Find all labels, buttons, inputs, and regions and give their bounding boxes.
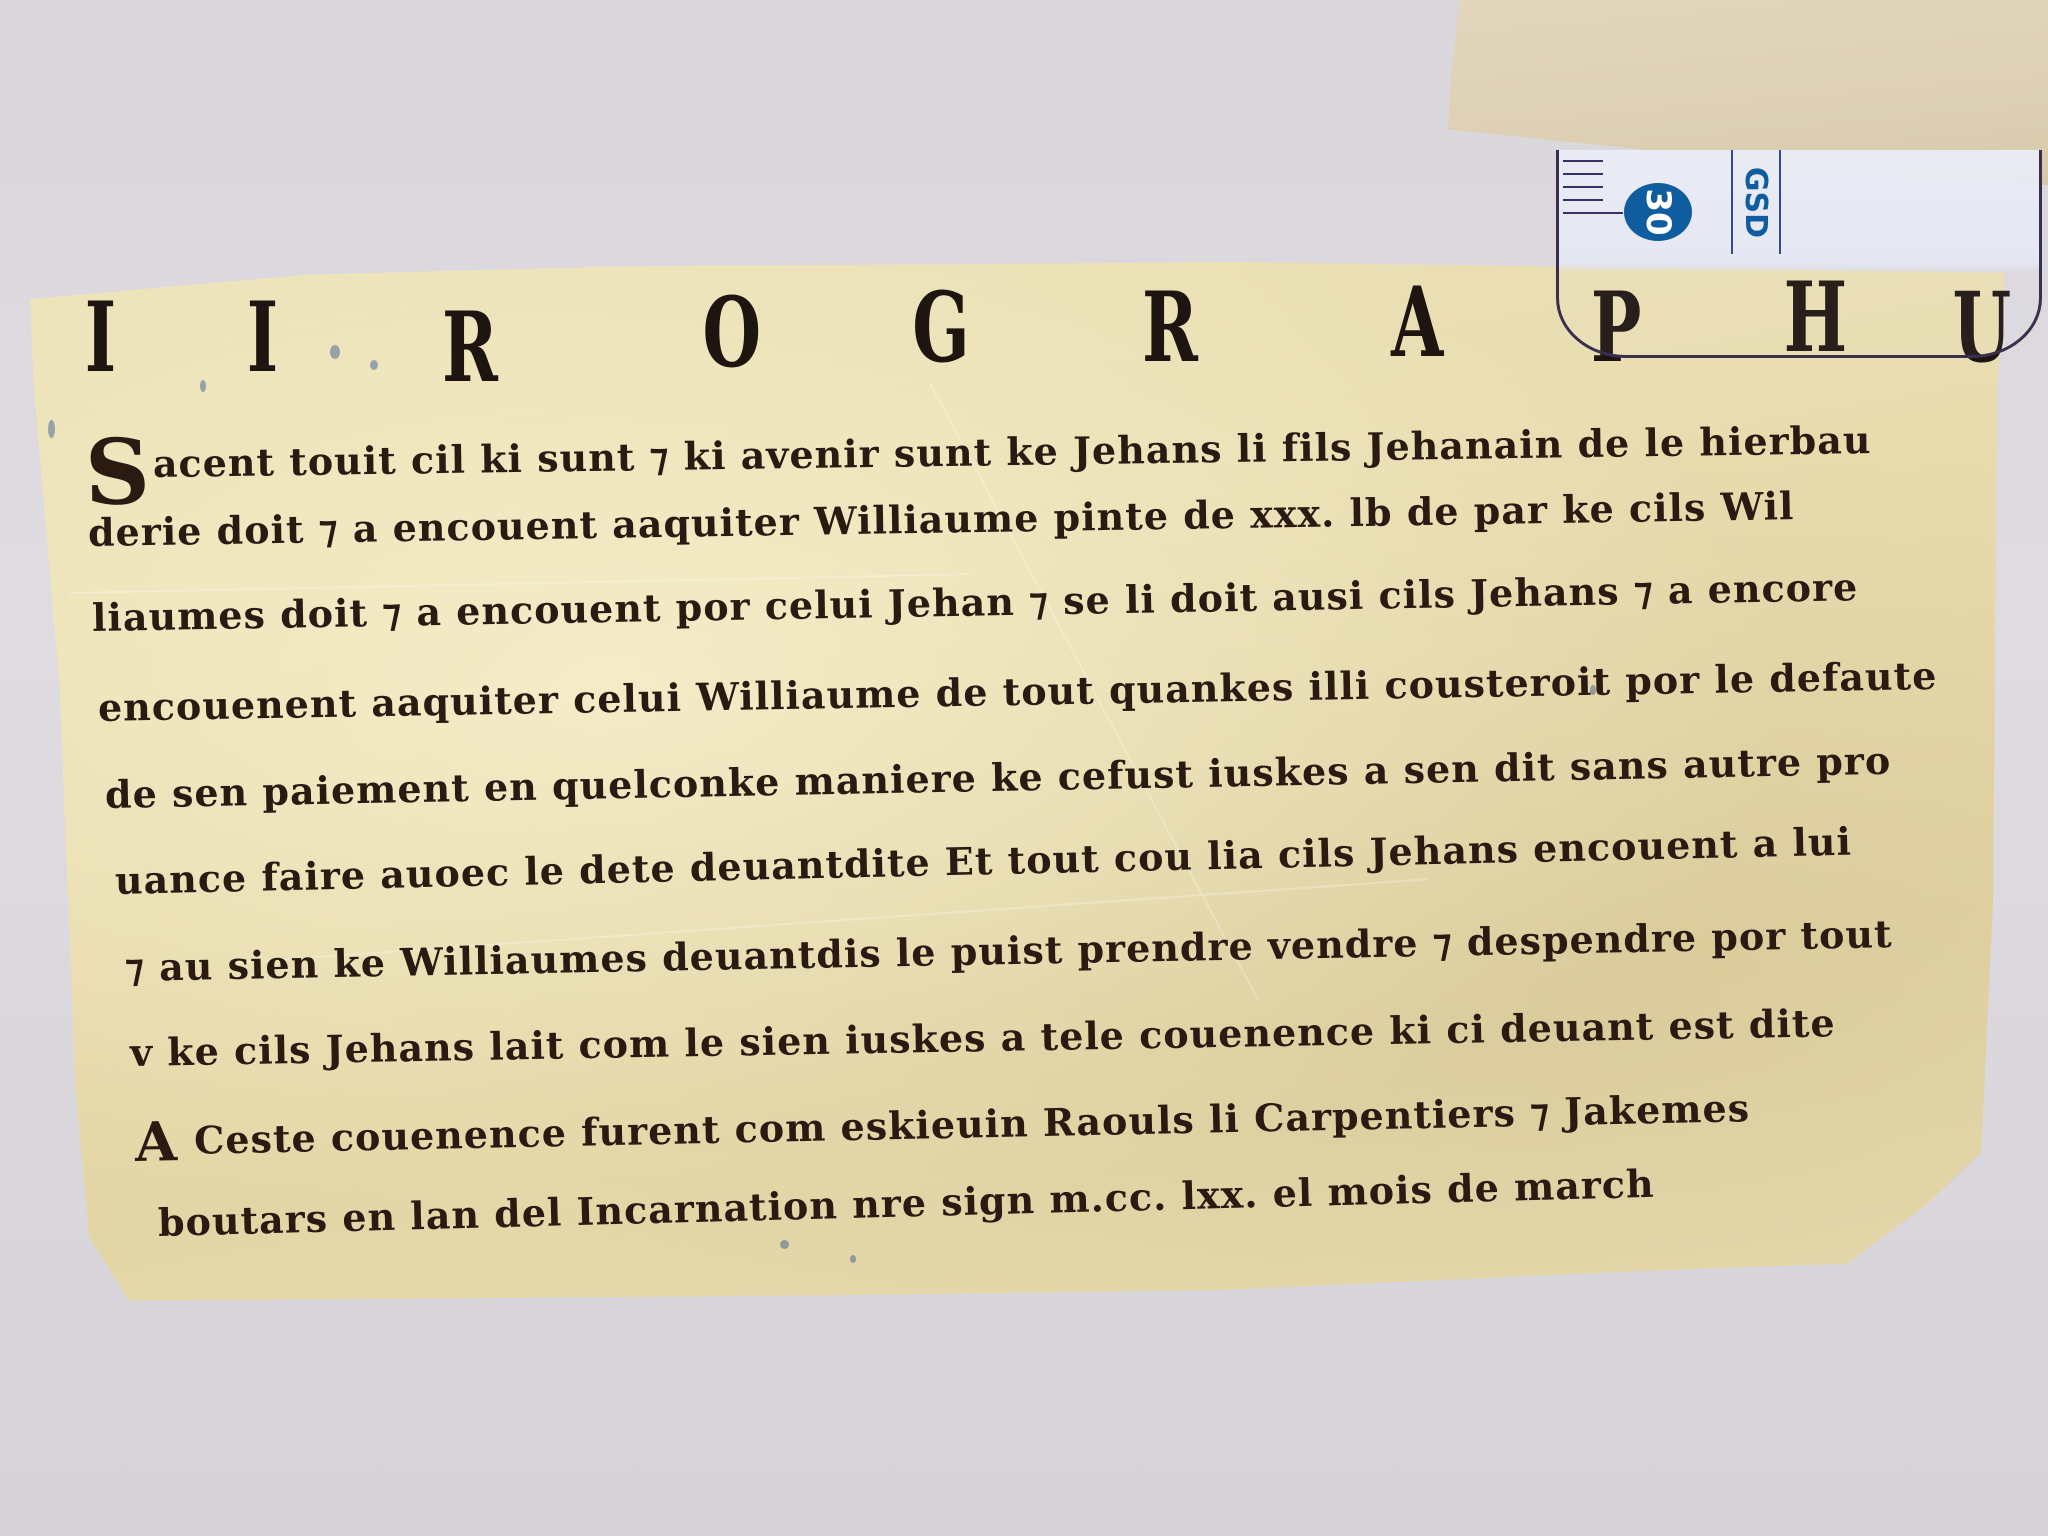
ink-stain xyxy=(48,420,55,438)
chirograph-letter: R xyxy=(442,300,498,396)
chirograph-letter: G xyxy=(912,280,969,376)
ink-stain xyxy=(370,360,378,370)
clip-number-badge: 30 xyxy=(1624,183,1692,241)
initial-letter: A xyxy=(134,1109,178,1174)
ink-stain xyxy=(850,1255,856,1263)
chirograph-letter: R xyxy=(1142,280,1198,376)
chirograph-letter: O xyxy=(703,285,762,381)
chirograph-letter: A xyxy=(1391,275,1443,371)
plastic-clip: 30 GSD xyxy=(1556,150,2042,358)
ink-stain xyxy=(780,1240,789,1249)
chirograph-letter: I xyxy=(85,290,116,386)
line-text: acent touit cil ki sunt ⁊ ki avenir sunt… xyxy=(153,417,1872,486)
chirograph-letter: I xyxy=(247,290,278,386)
brand-text: GSD xyxy=(1739,166,1774,237)
ink-stain xyxy=(330,345,340,359)
ruler-ticks xyxy=(1563,160,1603,225)
clip-brand-label: GSD xyxy=(1731,150,1781,254)
badge-number: 30 xyxy=(1638,188,1678,235)
ink-stain xyxy=(200,380,206,392)
